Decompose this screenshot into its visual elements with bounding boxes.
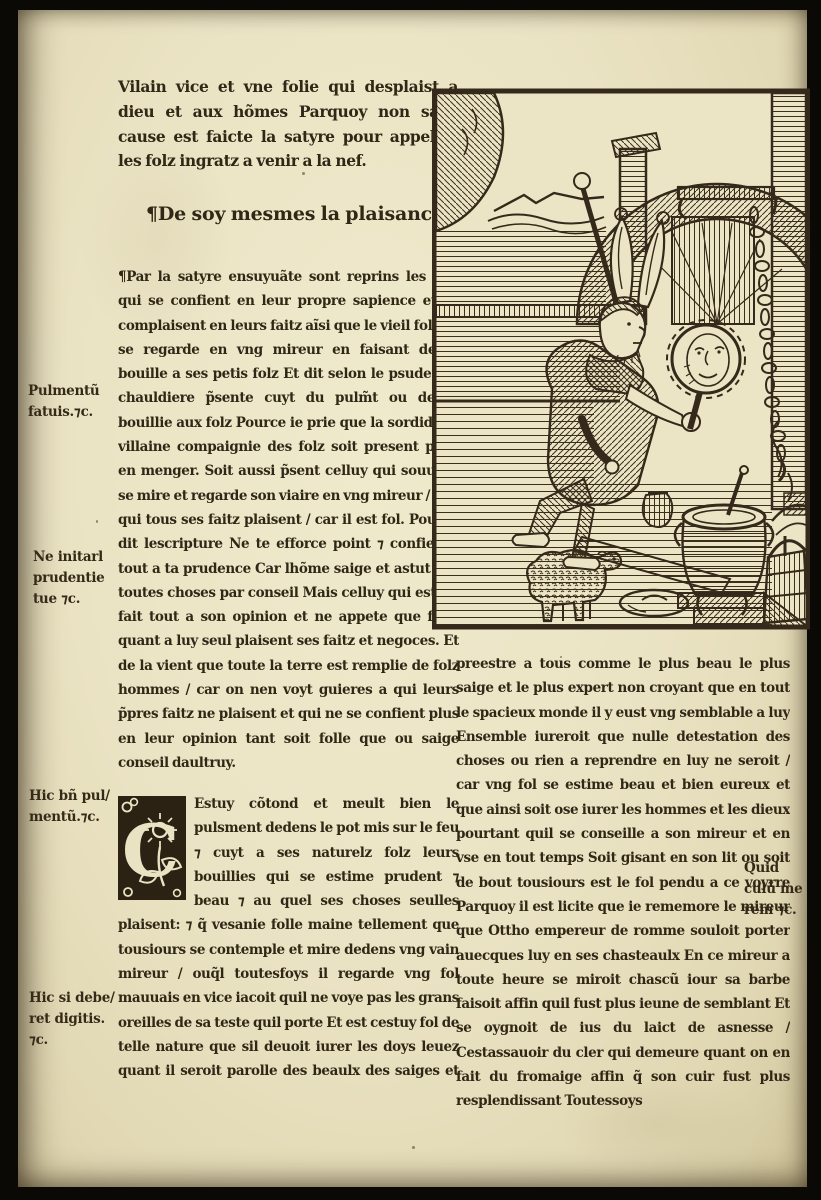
- door-panel: [672, 217, 754, 324]
- ink-speck: [412, 1146, 415, 1149]
- woodcut-svg: [432, 88, 810, 630]
- margin-note-hic-si-deberet: Hic si debe/ ret digitis. ⁊c.: [29, 988, 127, 1051]
- ink-speck: [302, 172, 305, 175]
- book-page-scan: { "page": { "paper_color": "#eae3c3", "i…: [0, 0, 821, 1200]
- foot-left: [513, 533, 550, 547]
- ink-speck: [560, 656, 562, 658]
- margin-note-ne-initaris: Ne initarl prudentie tue ⁊c.: [33, 547, 119, 610]
- margin-note-hic-pulmentum: Hic bñ pul/ mentũ.⁊c.: [29, 786, 127, 828]
- pilaster: [772, 93, 806, 509]
- woodcut-initial-C: C: [118, 796, 186, 900]
- right-column-text: preestre a tous comme le plus beau le pl…: [456, 652, 790, 1140]
- left-column-text: ¶Par la satyre ensuyuãte sont reprins le…: [118, 265, 459, 787]
- margin-note-pulmentum: Pulmentũ fatuis.⁊c.: [28, 381, 120, 423]
- fist: [574, 173, 590, 189]
- woodcut-illustration: [432, 88, 810, 630]
- foot-right: [563, 557, 599, 570]
- small-pot: [643, 493, 672, 527]
- ink-speck: [96, 520, 98, 523]
- eye: [627, 322, 631, 326]
- section-heading: ¶De soy mesmes la plaisance: [146, 201, 466, 227]
- drop-cap-paragraph: C Estuy cõtond et meult bien le pulsment…: [118, 792, 459, 1082]
- intro-paragraph: Vilain vice et vne folie qui desplaist a…: [118, 75, 458, 174]
